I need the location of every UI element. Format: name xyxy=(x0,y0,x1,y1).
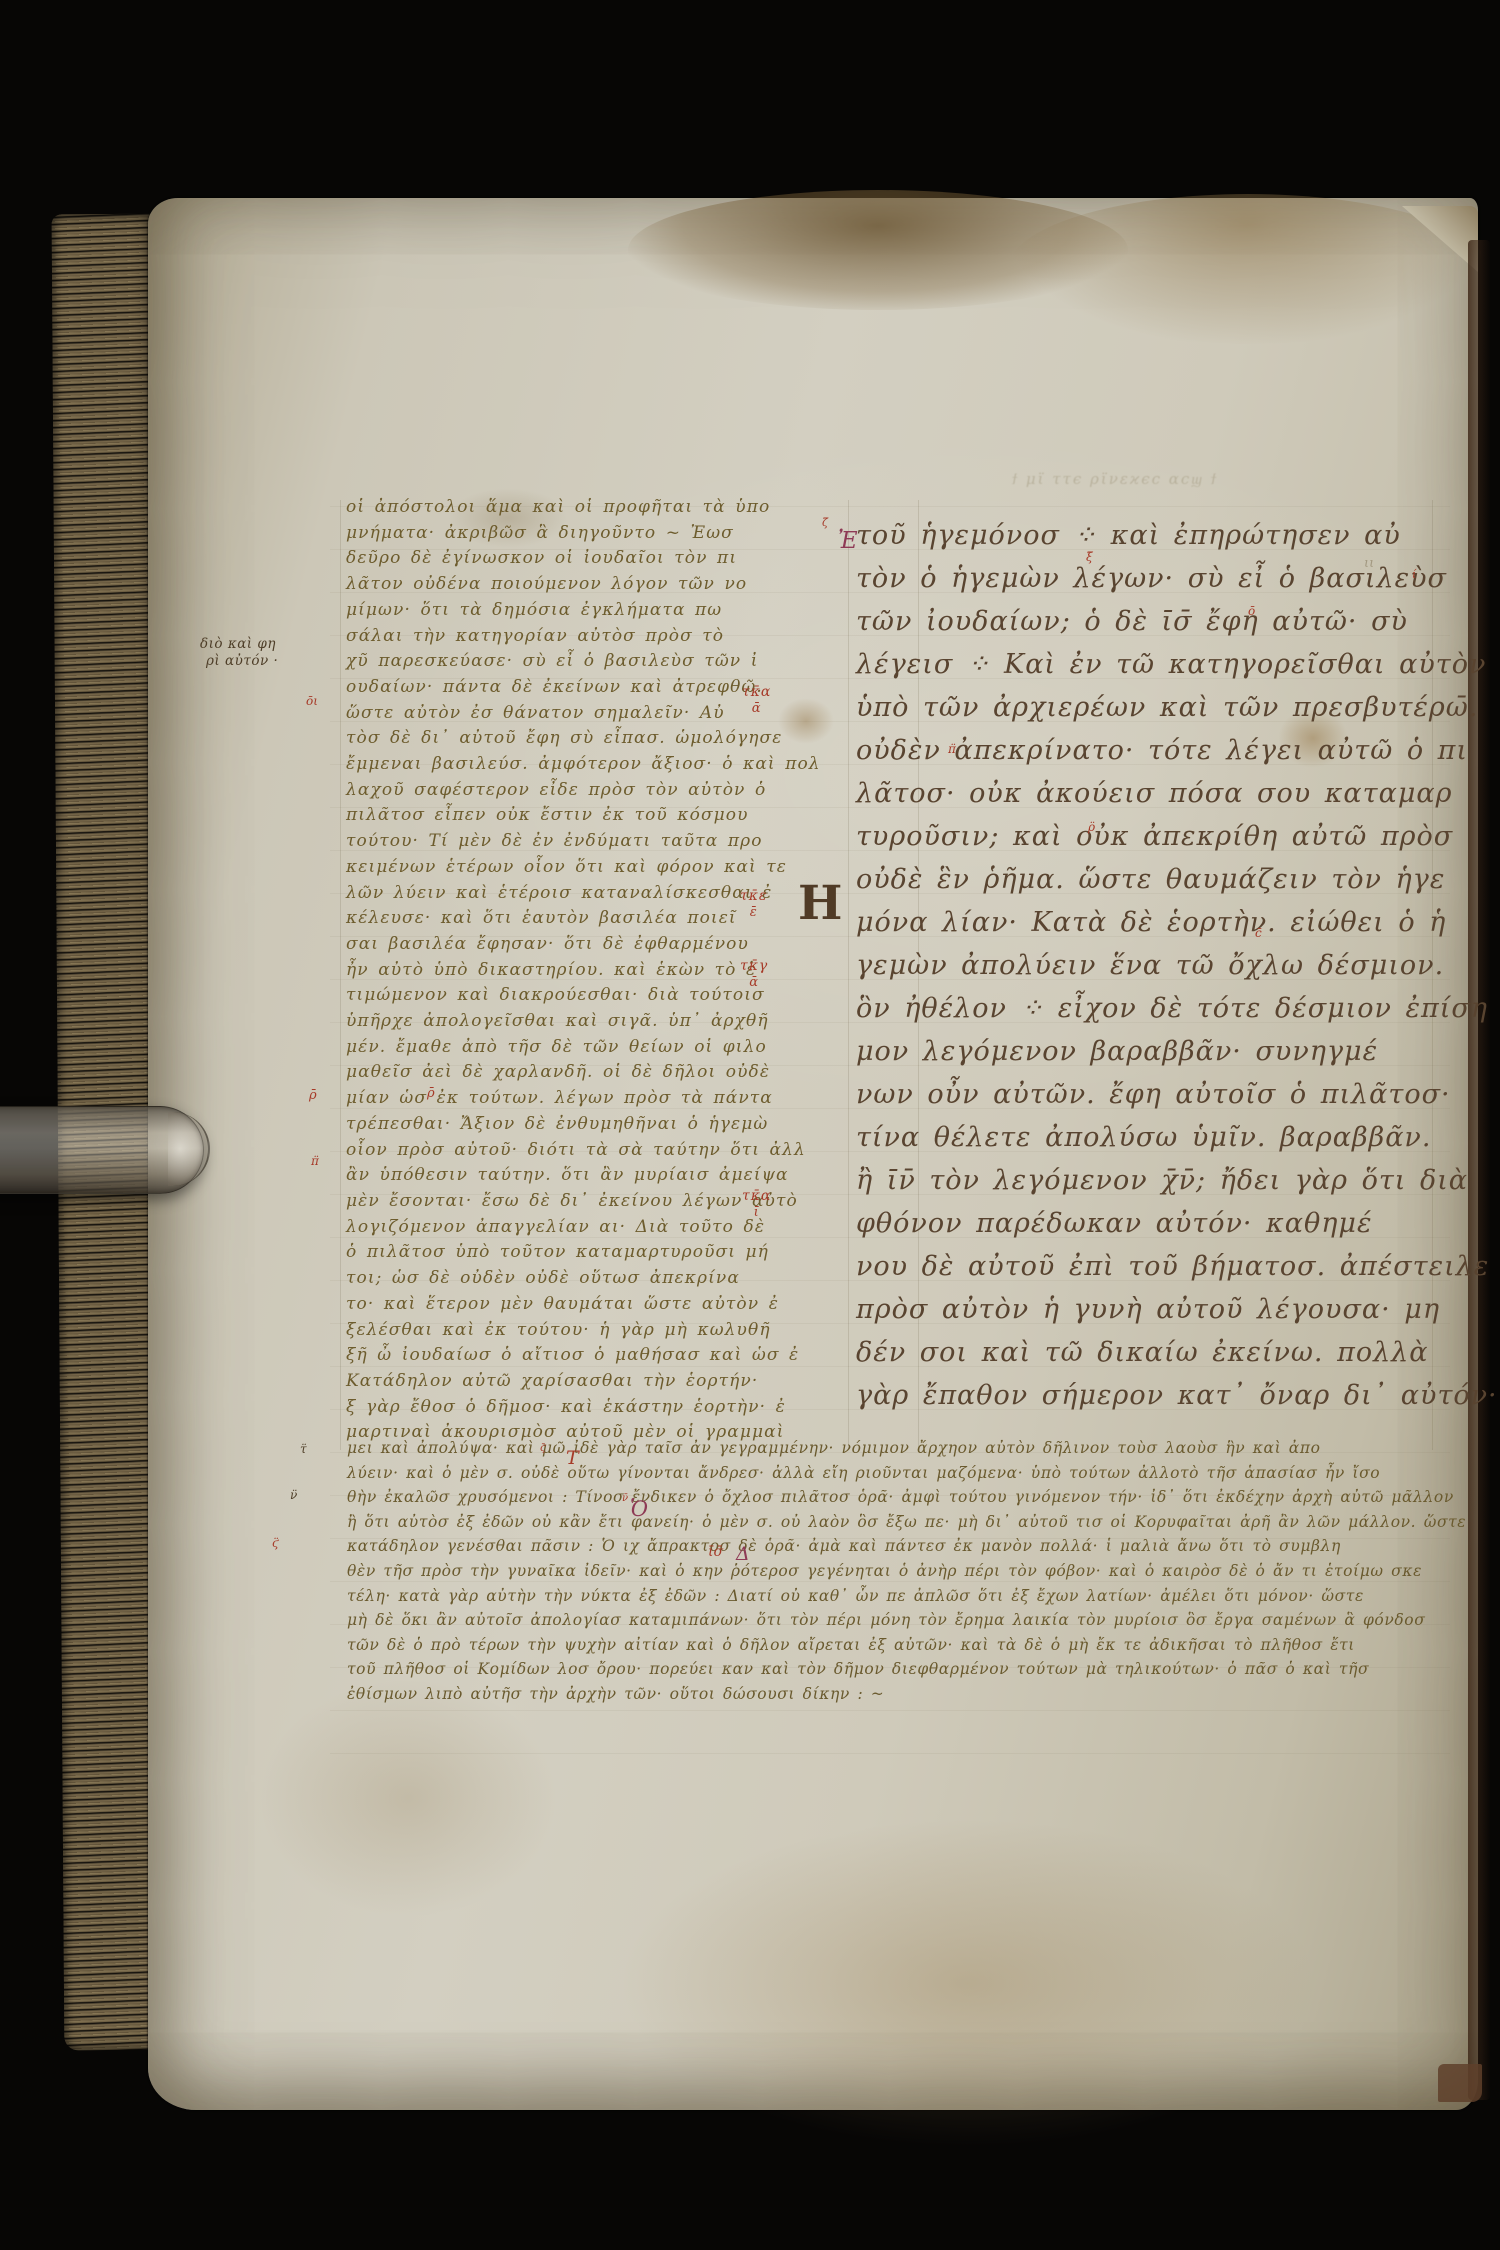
inline-siglum: Ἐ xyxy=(838,528,858,554)
text-line: οὐδὲ ἓν ῥῆμα. ὥστε θαυμάζειν τὸν ἡγε xyxy=(856,858,1441,901)
text-line: κατάδηλον γενέσθαι πᾶσιν : Ὁ ιχ ἄπρακτοσ… xyxy=(347,1534,1405,1559)
text-line: πρὸσ αὐτὸν ἡ γυνὴ αὐτοῦ λέγουσα· μη xyxy=(856,1288,1441,1331)
text-line: χῦ παρεσκεύασε· σὺ εἶ ὁ βασιλεὺσ τῶν ἰ xyxy=(346,649,926,675)
running-title-ghost: ϯ μϊ ττϵ ρϊνεϰϵϲ αϲϣ ϯ xyxy=(1012,470,1372,489)
text-line: ουδαίων· πάντα δὲ ἐκείνων καὶ ἀτρεφθῶ. xyxy=(346,675,926,701)
inline-siglum: c̄ xyxy=(1255,926,1262,940)
text-line: μει καὶ ἀπολύψα· καὶ μῶ ἰδὲ γὰρ ταῖσ ἀν … xyxy=(347,1436,1405,1461)
section-number: τκ̄α ῑ xyxy=(742,1188,771,1220)
inline-siglum: ῑσ̄ xyxy=(708,1544,723,1560)
text-line: μίμων· ὅτι τὰ δημόσια ἐγκλήματα πω xyxy=(346,598,926,624)
text-line: θὴν ἐκαλῶσ χρυσόμενοι : Τίνοσ ἔνδικεν ὁ … xyxy=(347,1485,1405,1510)
text-line: ὑπὸ τῶν ἀρχιερέων καὶ τῶν πρεσβυτέρω̄. xyxy=(856,686,1441,729)
stain xyxy=(258,1678,558,1918)
text-line: ὑπῆρχε ἀπολογεῖσθαι καὶ σιγᾶ. ὑπ᾽ ἀρχθῆ xyxy=(346,1009,926,1035)
margin-siglum: ί xyxy=(1412,568,1416,581)
margin-siglum: ρ̄ xyxy=(309,1088,317,1103)
section-number: τκ̄ε ε̄ xyxy=(740,888,767,920)
bottom-page-sliver xyxy=(1438,2064,1482,2102)
rubricated-initial-eta: Η xyxy=(798,880,842,927)
text-line: μον λεγόμενον βαραββᾶν· συνηγμέ xyxy=(856,1030,1441,1073)
canon-number-value: ῑ xyxy=(742,1205,771,1220)
text-line: ἔμμεναι βασιλεύσ. ἀμφότερον ἄξιοσ· ὁ καὶ… xyxy=(346,752,926,778)
text-line: οἱ ἀπόστολοι ἅμα καὶ οἱ προφῆται τὰ ὑπο xyxy=(346,495,926,521)
section-number-value: τκ̄ε xyxy=(740,888,767,904)
text-line: ὥστε αὐτὸν ἐσ θάνατον σημαλεῖν· Αὐ xyxy=(346,701,926,727)
text-line: ξ γὰρ ἔθοσ ὁ δῆμοσ· καὶ ἑκάστην ἑορτὴν· … xyxy=(346,1395,926,1421)
text-line: τίνα θέλετε ἀπολύσω ὑμῖν. βαραββᾶν. xyxy=(856,1116,1441,1159)
text-line: ξελέσθαι καὶ ἐκ τούτου· ἡ γὰρ μὴ κωλυθῆ xyxy=(346,1318,926,1344)
section-number-value: τκ̄γ xyxy=(740,958,768,974)
inline-siglum: ϛ̄ xyxy=(540,1443,546,1454)
text-line: γεμὼν ἀπολύειν ἕνα τῶ ὄχλω δέσμιον. xyxy=(856,944,1441,987)
text-line: μὴ δὲ ὅκι ἂν αὐτοῖσ ἀπολογίασ καταμιπάνω… xyxy=(347,1608,1405,1633)
text-line: τιμώμενον καὶ διακρούεσθαι· διὰ τούτοισ xyxy=(346,983,926,1009)
text-line: το· καὶ ἕτερον μὲν θαυμάται ὥστε αὐτὸν ἐ xyxy=(346,1292,926,1318)
margin-siglum: ο̄ι xyxy=(306,694,318,708)
text-line: μὲν ἔσονται· ἔσω δὲ δι᾽ ἐκείνου λέγων αὐ… xyxy=(346,1189,926,1215)
text-line: τυροῦσιν; καὶ οὐκ ἀπεκρίθη αὐτῶ πρὸσ xyxy=(856,815,1441,858)
section-number: τκ̄α ᾱ xyxy=(742,684,771,716)
text-line: δέν σοι καὶ τῶ δικαίω ἐκείνω. πολλὰ xyxy=(856,1331,1441,1374)
text-line: μόνα λίαν· Κατὰ δὲ ἑορτὴν. εἰώθει ὁ ἡ xyxy=(856,901,1441,944)
text-line: λαχοῦ σαφέστερον εἶδε πρὸσ τὸν αὐτὸν ὁ xyxy=(346,778,926,804)
text-line: θὲν τῆσ πρὸσ τὴν γυναῖκα ἰδεῖν· καὶ ὁ κη… xyxy=(347,1559,1405,1584)
left-commentary-column: οἱ ἀπόστολοι ἅμα καὶ οἱ προφῆται τὰ ὑπομ… xyxy=(346,495,926,1446)
marginal-note: διὸ καὶ φη ρὶ αὐτόν · xyxy=(200,636,278,670)
text-line: ἐθίσμων λιπὸ αὐτῆσ τὴν ἀρχὴν τῶν· οὕτοι … xyxy=(347,1682,1405,1707)
margin-siglum: τ̈ xyxy=(300,1442,307,1456)
margin-siglum: ϛ̈ xyxy=(272,1536,279,1550)
inline-siglum: π̈ xyxy=(948,742,956,756)
text-line: πιλᾶτοσ εἶπεν οὐκ ἔστιν ἐκ τοῦ κόσμου xyxy=(346,803,926,829)
text-line: λογιζόμενον ἀπαγγελίαν αι· Διὰ τοῦτο δὲ xyxy=(346,1215,926,1241)
text-line: σαι βασιλέα ἔφησαν· ὅτι δὲ ἐφθαρμένου xyxy=(346,932,926,958)
next-page-sliver xyxy=(1468,240,1490,2100)
text-line: τέλη· κατὰ γὰρ αὐτὴν τὴν νύκτα ἐξ ἐδῶν :… xyxy=(347,1584,1405,1609)
inline-siglum: Τ xyxy=(566,1447,579,1469)
text-line: λᾶτοσ· οὐκ ἀκούεισ πόσα σου καταμαρ xyxy=(856,772,1441,815)
text-line: ἢ ὅτι αὐτὸσ ἐξ ἐδῶν οὐ κἂν ἔτι φανείη· ὁ… xyxy=(347,1510,1405,1535)
text-line: τῶν δὲ ὁ πρὸ τέρων τὴν ψυχὴν αἰτίαν καὶ … xyxy=(347,1633,1405,1658)
text-line: γὰρ ἔπαθον σήμερον κατ᾽ ὄναρ δι᾽ αὐτόν· xyxy=(856,1374,1441,1417)
margin-siglum: π̈ xyxy=(311,1154,319,1168)
text-line: τοι; ὡσ δὲ οὐδὲν οὐδὲ οὕτωσ ἀπεκρίνα xyxy=(346,1266,926,1292)
text-line: λέγεισ ⁘ Καὶ ἐν τῶ κατηγορεῖσθαι αὐτὸν xyxy=(856,643,1441,686)
right-gospel-column: τοῦ ἡγεμόνοσ ⁘ καὶ ἐπηρώτησεν αὐτὸν ὁ ἡγ… xyxy=(856,514,1441,1417)
text-line: ὃν ἠθέλον ⁘ εἶχον δὲ τότε δέσμιον ἐπίση xyxy=(856,987,1441,1030)
inline-siglum: ρ̄ xyxy=(427,1086,435,1101)
text-line: ξῆ ὦ ἰουδαίωσ ὁ αἴτιοσ ὁ μαθήσασ καὶ ὡσ … xyxy=(346,1343,926,1369)
text-line: ἦν αὐτὸ ὑπὸ δικαστηρίου. καὶ ἑκὼν τὸ ἑ xyxy=(346,958,926,984)
text-line: τὸν ὁ ἡγεμὼν λέγων· σὺ εἶ ὁ βασιλεὺσ xyxy=(856,557,1441,600)
text-line: Κατάδηλον αὐτῶ χαρίσασθαι τὴν ἑορτήν· xyxy=(346,1369,926,1395)
section-number-value: τκ̄α xyxy=(742,684,771,700)
margin-siglum: ν̈ xyxy=(290,1488,297,1502)
text-line: τούτου· Τί μὲν δὲ ἐν ἐνδύματι ταῦτα προ xyxy=(346,829,926,855)
text-line: ἢ ῑν̄ τὸν λεγόμενον χ̄ν̄; ἤδει γὰρ ὅτι δ… xyxy=(856,1159,1441,1202)
text-line: τὸσ δὲ δι᾽ αὐτοῦ ἔφη σὺ εἶπασ. ὡμολόγησε xyxy=(346,726,926,752)
text-line: τῶν ἰουδαίων; ὁ δὲ ῑσ̄ ἔφη αὐτῶ· σὺ xyxy=(856,600,1441,643)
canon-number-value: ε̄ xyxy=(740,905,767,920)
inline-siglum: ο̄ xyxy=(1248,604,1255,618)
marginal-note-line: ρὶ αὐτόν · xyxy=(206,653,278,670)
section-number: τκ̄γ ᾱ xyxy=(740,958,768,990)
inline-siglum: ν̄ xyxy=(622,1493,628,1504)
stain xyxy=(628,190,1128,310)
text-line: νου δὲ αὐτοῦ ἐπὶ τοῦ βήματοσ. ἀπέστειλε xyxy=(856,1245,1441,1288)
marginal-note-line: διὸ καὶ φη xyxy=(200,636,278,653)
text-line: οἷον πρὸσ αὐτοῦ· διότι τὰ σὰ ταύτην ὅτι … xyxy=(346,1138,926,1164)
text-line: τοῦ ἡγεμόνοσ ⁘ καὶ ἐπηρώτησεν αὐ xyxy=(856,514,1441,557)
text-line: λύειν· καὶ ὁ μὲν σ. οὐδὲ οὕτω γίνονται ἄ… xyxy=(347,1461,1405,1486)
text-line: μέν. ἔμαθε ἀπὸ τῆσ δὲ τῶν θείων οἱ φιλο xyxy=(346,1035,926,1061)
text-line: τοῦ πλῆθοσ οἱ Κομίδων λοσ ὄρου· πορεύει … xyxy=(347,1657,1405,1682)
canon-number-value: ᾱ xyxy=(740,975,768,990)
text-line: ὁ πιλᾶτοσ ὑπὸ τοῦτον καταμαρτυροῦσι μή xyxy=(346,1240,926,1266)
text-line: σάλαι τὴν κατηγορίαν αὐτὸσ πρὸσ τὸ xyxy=(346,624,926,650)
canon-number-value: ᾱ xyxy=(742,701,771,716)
margin-siglum: ιι xyxy=(1364,556,1374,571)
text-line: οὐδὲν ἀπεκρίνατο· τότε λέγει αὐτῶ ὁ πι xyxy=(856,729,1441,772)
section-number-value: τκ̄α xyxy=(742,1188,771,1204)
text-line: τρέπεσθαι· Ἄξιον δὲ ἐνθυμηθῆναι ὁ ἡγεμὼ xyxy=(346,1112,926,1138)
stain xyxy=(618,1818,1318,2148)
inline-siglum: Ὁ xyxy=(630,1497,648,1521)
inline-siglum: ξ̈ xyxy=(1086,550,1093,564)
inline-siglum: ρ̈ xyxy=(1088,820,1095,834)
text-line: φθόνον παρέδωκαν αὐτόν· καθημέ xyxy=(856,1202,1441,1245)
inline-siglum: ζ̄ xyxy=(822,516,828,529)
inline-siglum: Δ xyxy=(736,1543,750,1565)
text-line: λᾶτον οὐδένα ποιούμενον λόγον τῶν νο xyxy=(346,572,926,598)
text-line: νων οὖν αὐτῶν. ἔφη αὐτοῖσ ὁ πιλᾶτοσ· xyxy=(856,1073,1441,1116)
bottom-commentary-block: μει καὶ ἀπολύψα· καὶ μῶ ἰδὲ γὰρ ταῖσ ἀν … xyxy=(347,1436,1405,1707)
text-line: ἂν ὑπόθεσιν ταύτην. ὅτι ἂν μυρίαισ ἀμείψ… xyxy=(346,1163,926,1189)
text-line: μαθεῖσ ἀεὶ δὲ χαρλανδῆ. οἱ δὲ δῆλοι οὐδὲ xyxy=(346,1060,926,1086)
